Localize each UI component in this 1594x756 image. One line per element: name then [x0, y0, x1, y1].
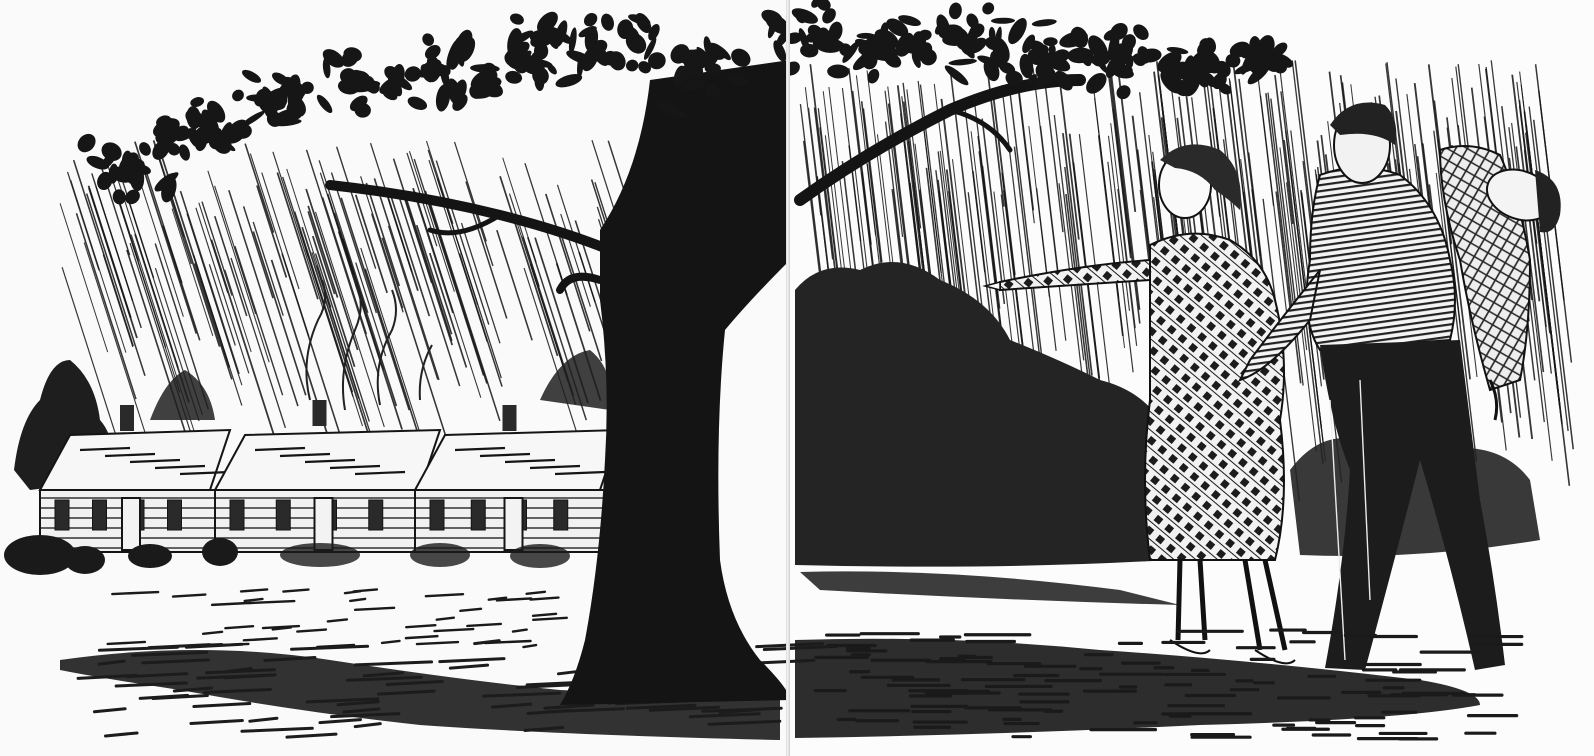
illustration	[0, 0, 1594, 756]
book-gutter	[786, 0, 790, 756]
lawn-strokes	[108, 589, 567, 647]
cottage-row	[40, 400, 620, 552]
